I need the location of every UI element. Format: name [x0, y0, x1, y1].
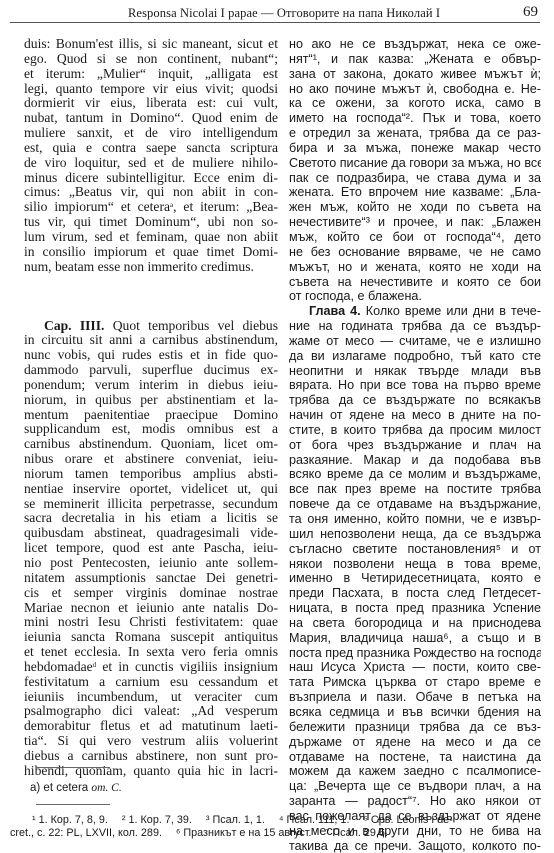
text-line: in circuitu sit anni a carnibus abstinen… [24, 333, 278, 348]
text-line: да ви излагаме подробно, тъй като сте [289, 349, 541, 364]
text-line: отдаваме на постене, та наистина да [289, 750, 541, 765]
text-line: nunc vobis, qui rudes estis et in fide q… [24, 348, 278, 363]
text-line: стите, в които трябва да просим милост [289, 423, 541, 438]
bulgarian-paragraph-1: но ако не се въздържат, нека се оже-нят“… [289, 37, 541, 304]
text-line: ка се ожени, за когото иска, само в [289, 96, 541, 111]
apparatus-rule-bottom [36, 804, 110, 805]
footnote: ⁴ Псал. 111, 1. [279, 814, 350, 826]
latin-paragraph-2: in circuitu sit anni a carnibus abstinen… [24, 333, 278, 660]
latin-column: duis: Bonum'est illis, si sic maneant, s… [24, 37, 278, 779]
text-line: nentiae inservire oportet, videlicet ut,… [24, 482, 278, 497]
text-line: nitatem assumptionis sanctae Dei genetri… [24, 571, 278, 586]
footnote: ⁷ Псал. 29,6. [326, 827, 388, 839]
latin-paragraph-3: festivitatum a carnium esu cessandum eti… [24, 675, 278, 779]
text-line: съгласно светите постановления⁵ и от [289, 542, 541, 557]
footnote: ² 1. Кор. 7, 39. [122, 814, 192, 826]
text-line: можем да кажем заедно с псалмописе- [289, 764, 541, 779]
footnotes-line-1: ¹ 1. Кор. 7, 8, 9.² 1. Кор. 7, 39.³ Псал… [10, 814, 540, 827]
text-line: ца: „Вечерта ще се въдвори плач, а на [289, 779, 541, 794]
text-line: не без основание вярваме, че не само [289, 245, 541, 260]
text-line: dammodo parvuli, superflue ducimus ex- [24, 363, 278, 378]
text-line: такива да се пречи. Защото, колкото по- [289, 839, 541, 853]
latin-chapter-heading: Cap. IIII. [44, 319, 104, 333]
text-line: ponendum; verum interim in diebus ieiu- [24, 378, 278, 393]
text-line: lum virum, sed et feminam, quae non abii… [24, 230, 278, 245]
footnote: ³ Псал. 1, 1. [206, 814, 265, 826]
running-title: Responsa Nicolai I papae — Отговорите на… [128, 6, 440, 21]
bulgarian-column: но ако не се въздържат, нека се оже-нят“… [289, 37, 541, 853]
text-line: трябва да се въздържате по всякакъв [289, 393, 541, 408]
text-line: все пак през време на постите трябва [289, 482, 541, 497]
text-line: niorum, in quibus per abstinentiam et la… [24, 393, 278, 408]
bulgarian-chapter-heading: Глава 4. [309, 304, 361, 318]
text-line: именно в Четиридесетницата, която е [289, 571, 541, 586]
text-line: неопитни и някак твърде млади във [289, 364, 541, 379]
paragraph-gap [24, 275, 278, 319]
text-line: carnibus abstinendum. Quoniam, licet om- [24, 437, 278, 452]
latin-hebdomadae-line: hebdomadaed et in cunctis vigiliis insig… [24, 660, 278, 675]
page-number: 69 [523, 4, 538, 21]
text-line: шил непозволени неща, да се въздържа [289, 527, 541, 542]
text-line: num, beatam esse non immerito credimus. [24, 260, 278, 275]
text-line: зана от закона, докато живее мъжът ѝ; [289, 67, 541, 82]
text-line: niorum tamen temporibus amplius absti- [24, 467, 278, 482]
text-line: пак се подразбира, че става дума и за [289, 171, 541, 186]
footnotes-line-2: cret., c. 22: PL, LXVII, кол. 289.⁶ Праз… [10, 827, 540, 840]
text-line: някои позволени неща в това време, [289, 557, 541, 572]
text-line: от господа, е блажена. [289, 289, 541, 304]
text-line: cis et semper virginis dominae nostrae [24, 586, 278, 601]
text-line: тата Римска църква от старо време е [289, 675, 541, 690]
text-line: nubat, tantum in Domino“. Quod enim de [24, 111, 278, 126]
text-line: ieiuniis incumbendum, ut veraciter cum [24, 690, 278, 705]
text-line: ieiunia sancta Romana suscepit antiquitu… [24, 630, 278, 645]
text-line: demorabitur fletus et ad matutinum laeti… [24, 719, 278, 734]
text-line: името на господа“². Пък и това, което [289, 111, 541, 126]
text-line: преди Пасхата, в поста след Петдесет- [289, 586, 541, 601]
text-line: quibusdam abstineat, quadragesimali vide… [24, 526, 278, 541]
header-rule [10, 22, 540, 23]
text-line: festivitatum a carnium esu cessandum et [24, 675, 278, 690]
text-line: ницата, в поста пред празника Успение [289, 601, 541, 616]
text-line: tus vir, qui timet Dominum“, ubi non so- [24, 215, 278, 230]
text-line: in consilio impiorum et quae timet Domi- [24, 245, 278, 260]
text-line: е отредил за жената, трябва да се раз- [289, 126, 541, 141]
text-line: se meminerit illicita perpetrasse, secun… [24, 497, 278, 512]
text-line: разкаяние. Макар и да подобава във [289, 453, 541, 468]
text-line: бележити празници трябва да се въз- [289, 720, 541, 735]
text-line: tia“. Si qui vero vestrum aliis voluerin… [24, 734, 278, 749]
text-line: повече да се отдаваме на въздържание, [289, 497, 541, 512]
text-line: вярата. Но при все това на първо време [289, 378, 541, 393]
footnote: ¹ 1. Кор. 7, 8, 9. [32, 814, 108, 826]
text-line: et tenet ecclesia. In sexta vero feria o… [24, 645, 278, 660]
text-line: бира и за мъжа, понеже макар често [289, 141, 541, 156]
text-line: ego. Quod si se non continent, nubant“; [24, 52, 278, 67]
footnote: cret., c. 22: PL, LXVII, кол. 289. [10, 827, 162, 839]
text-line: жен мъж, който не ходи по съвета на [289, 200, 541, 215]
text-line: начин от ядене на месо в дните на по- [289, 408, 541, 423]
text-line: наш Исуса Христа — пости, които све- [289, 660, 541, 675]
text-line: ние на годината трябва да се въздър- [289, 319, 541, 334]
apparatus-rule-top [36, 767, 110, 768]
text-line: всяко време да се молим и въздържаме, [289, 467, 541, 482]
latin-chapter-first-line: Cap. IIII. Quot temporibus vel diebus [24, 319, 278, 334]
text-line: но ако почине мъжът ѝ, свободна е. Не- [289, 82, 541, 97]
footnotes: ¹ 1. Кор. 7, 8, 9.² 1. Кор. 7, 39.³ Псал… [10, 814, 540, 839]
text-line: всяка седмица и във всички бдения на [289, 705, 541, 720]
text-line: sacra decretalia in his etiam a licitis … [24, 511, 278, 526]
text-line: заранта — радост“⁷. Но ако някои от [289, 794, 541, 809]
text-line: de viro loquitur, sed et de muliere nihi… [24, 156, 278, 171]
text-line: Светото писание да говори за мъжа, но вс… [289, 156, 541, 171]
text-line: жаме от месо — считаме, че е излишно [289, 334, 541, 349]
text-line: от бога чрез въздържание и плач на [289, 438, 541, 453]
footnote: ⁵ Срв. Leonis I de- [363, 814, 452, 826]
bulgarian-paragraph-2: ние на годината трябва да се въздър-жаме… [289, 319, 541, 853]
text-line: nibus orare et abstinere conveniat, ieiu… [24, 452, 278, 467]
text-line: нят“¹, и пак казва: „Жената е обвър- [289, 52, 541, 67]
running-header: Responsa Nicolai I papae — Отговорите на… [0, 0, 554, 28]
text-line: dormierit vir eius, liberata est: cui vu… [24, 96, 278, 111]
text-line: est, quia e contra saepe sancta scriptur… [24, 141, 278, 156]
text-line: psalmographo dici valeat: „Ad vesperum [24, 704, 278, 719]
text-line: мъжът, но и жената, която не ходи на [289, 260, 541, 275]
text-line: съвета на нечестивите и която се бои [289, 275, 541, 290]
text-line: та оня именно, който помни, че е извър- [289, 512, 541, 527]
text-line: възприела и пази. Обаче в петъка на [289, 690, 541, 705]
text-line: Mariae necnon et ieiunio ante natalis Do… [24, 601, 278, 616]
text-line: на света богородица и на приснодева [289, 616, 541, 631]
text-line: diebus a carnibus abstinere, non sunt pr… [24, 749, 278, 764]
text-line: minus dicere subintelligitur. Ecce enim … [24, 171, 278, 186]
text-line: жената. Ето впрочем ние казваме: „Бла- [289, 185, 541, 200]
text-line: supplicandum est, modis omnibus est a [24, 422, 278, 437]
text-line: et iterum: „Mulier“ inquit, „alligata es… [24, 67, 278, 82]
bulgarian-chapter-first-line: Глава 4. Колко време или дни в тече- [289, 304, 541, 319]
text-line: mini nostri Iesu Christi festivitatem: q… [24, 615, 278, 630]
text-line: но ако не се въздържат, нека се оже- [289, 37, 541, 52]
text-line: legi, quanto tempore vir eius vivit; quo… [24, 82, 278, 97]
text-line: държаме от ядене на месо и да се [289, 735, 541, 750]
text-line: Мария, владичица наша⁶, а също и в [289, 631, 541, 646]
text-line: silio impiorum“ et ceteraa, et iterum: „… [24, 200, 278, 215]
latin-paragraph-1: duis: Bonum'est illis, si sic maneant, s… [24, 37, 278, 275]
text-line: поста пред празника Рождество на господа [289, 646, 541, 661]
text-line: mentum paenitentiae praecipue Domino [24, 408, 278, 423]
text-line: nio post Pentecosten, ieiunio ante solle… [24, 556, 278, 571]
footnote: ⁶ Празникът е на 15 август. [176, 827, 312, 839]
apparatus-note: a) et cetera om. C. [30, 782, 122, 794]
text-line: duis: Bonum'est illis, si sic maneant, s… [24, 37, 278, 52]
text-line: мъж, който се бои от господа“⁴, дето [289, 230, 541, 245]
text-line: нечестивите“³ и прочее, и пак: „Блажен [289, 215, 541, 230]
text-line: muliere sanxit, et de viro intelligendum [24, 126, 278, 141]
text-line: cimus: „Beatus vir, qui non abiit in con… [24, 185, 278, 200]
text-line: licet tempore, quod est ante Pascha, iei… [24, 541, 278, 556]
